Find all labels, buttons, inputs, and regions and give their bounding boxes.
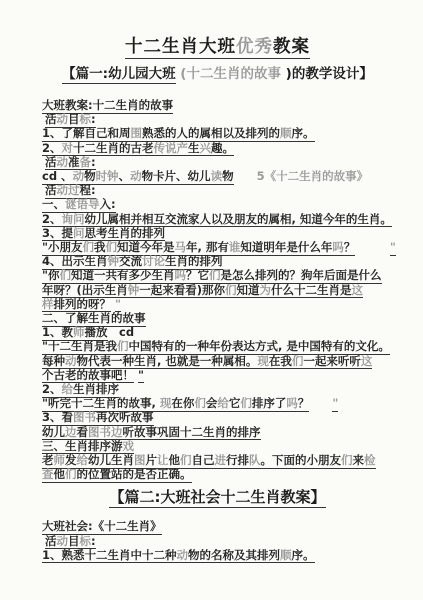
text-segment: (十二生肖的故事 [176,66,286,82]
text-segment: 吗 [175,268,187,284]
text-segment: 他 [169,453,181,469]
text-segment: 一、 [42,197,65,213]
text-segment: 动 [65,354,77,370]
text-segment: 2、 [42,141,62,157]
text-segment: 老 [42,453,54,469]
text-segment: 序。 [292,126,315,142]
text-segment: 马 [175,240,187,256]
text-segment: 思考生肖的排列 [85,226,166,242]
text-segment: 知道明年是什么年 [240,240,332,256]
text-segment: 时钟 [96,169,119,185]
text-segment: 4、出示生肖 [42,254,108,270]
text-segment: 看 [77,425,89,441]
text-segment: 排序了 [252,396,287,412]
text-segment: 动 [177,548,189,564]
text-segment: 大班社会:《十二生肖》 [42,519,162,535]
text-segment: 听故事巩固十二生肖的排序 [123,425,261,441]
doc-line: 2、对十二生肖的古老传说产生兴趣。 [42,141,393,155]
text-segment: 十二生肖的古老 [73,141,154,157]
text-segment: 这 [361,354,373,370]
text-segment: 的位置站的是否正确。 [77,467,192,483]
text-segment: 物的名称及其排列 [188,548,280,564]
text-segment: 入: [100,197,116,213]
text-segment: "你 [42,268,60,284]
section-1-heading: 【篇一:幼儿园大班 (十二生肖的故事 )的教学设计】 [42,64,393,85]
text-segment: 幼儿 [42,425,65,441]
doc-line: 1、了解自己和周围熟悉的人的属相以及排列的顺序。 [42,126,393,140]
text-segment: 标 [80,112,92,128]
text-segment: 中国特有的一种年份表达方式, 是中国特有的文化。 [129,339,390,355]
text-segment: 给 [77,453,89,469]
text-segment: 生 [188,141,200,157]
text-segment: 戏 [123,439,135,455]
doc-line: 二、了解生肖的故事 [42,311,393,325]
text-segment: 准 [68,155,80,171]
section-2-heading: 【篇二:大班社会十二生肖教案】 [42,487,393,507]
text-segment: 动 [73,169,85,185]
doc-line: 活动准备: [42,155,393,169]
text-segment: 动 [57,183,69,199]
text-segment: 检 [364,453,376,469]
text-segment: 程: [80,183,96,199]
doc-line: "十二生肖是我们中国特有的一种年份表达方式, 是中国特有的文化。 [42,339,393,353]
text-segment: 知道今年是 [117,240,175,256]
doc-line: 活动目标: [42,534,393,548]
text-segment: 活 [45,534,57,550]
text-segment [234,169,257,183]
text-segment: "听完十二生肖的故事, [42,396,160,412]
text-segment: 3、看 [42,410,73,426]
doc-line: 幼儿边看图书边听故事巩固十二生肖的排序 [42,425,393,439]
text-segment: 询问 [62,212,85,228]
text-segment: "小朋友 [42,240,83,256]
text-segment: 谜语导 [65,197,100,213]
text-segment: 对 [62,141,74,157]
text-segment: 二、了解生肖的故事 [42,311,146,327]
text-segment: 问 [73,226,85,242]
text-segment: 吗 [286,396,298,412]
doc-line: "小朋友们我们知道今年是马年, 那有谁知道明年是什么年吗？ " [42,240,393,254]
text-segment: 三、生肖排序游 [42,439,123,455]
text-segment: 一起来听听 [303,354,361,370]
doc-line: 3、看图书再次听故事 [42,410,393,424]
text-segment: 围 [131,126,143,142]
doc-line: 年呀？(出示生肖钟一起来看看)那你们知道为什么十二生肖是这 [42,283,393,297]
text-segment: 兴 [200,141,212,157]
doc-line: 活动目标: [42,112,393,126]
text-segment: 幼儿属相并相互交流家人以及朋友的属相, 知道今年的生肖。 [85,212,392,228]
text-segment: : [91,534,96,550]
text-segment: 谁 [229,240,241,256]
text-segment: 物卡片、幼儿 [142,169,211,185]
lesson-2-title: 大班社会:《十二生肖》 [42,519,393,533]
text-segment: 过 [68,183,80,199]
text-segment: 们 [240,396,252,412]
text-segment: 现 [257,354,269,370]
text-segment: 吗 [332,240,344,256]
text-segment: 们 [83,240,95,256]
text-segment: 物 [84,169,96,185]
text-segment: 生肖的排列 [165,254,223,270]
text-segment: 熟悉的人的属相以及排列的 [142,126,280,142]
doc-line: "你们知道一共有多少生肖吗？它们是怎么排列的？狗年后面是什么 [42,268,393,282]
doc-line: 1、熟悉十二生肖中十二种动物的名称及其排列顺序。 [42,548,393,562]
document-page: 十二生肖大班优秀教案【篇一:幼儿园大班 (十二生肖的故事 )的教学设计】大班教案… [0,0,423,600]
text-segment: 趣。 [211,141,234,157]
text-segment: 产 [177,141,189,157]
doc-line: 样排列的呀？ " [42,297,393,311]
text-segment: 再次听故事 [96,410,154,426]
text-segment: 动 [57,112,69,128]
text-segment: 图书 [73,410,96,426]
text-segment: 年, 那有 [186,240,229,256]
text-segment: 它 [229,396,241,412]
text-segment: 让 [157,453,169,469]
text-segment: 一起来看看)那你 [139,283,225,299]
text-segment: 3、提 [42,226,73,242]
text-segment: 目 [68,534,80,550]
text-segment: 活 [45,183,57,199]
text-segment: 动 [57,534,69,550]
text-segment: 知道一共有多少生肖 [71,268,175,284]
doc-line: 三、生肖排序游戏 [42,439,393,453]
text-segment: 物 [222,169,234,185]
text-segment: 、 [119,169,131,185]
lesson-1-title: 大班教案:十二生肖的故事 [42,98,393,112]
text-segment: 备 [80,155,92,171]
document-title: 十二生肖大班优秀教案 [42,36,393,59]
doc-line: 4、出示生肖钟交流讨论生肖的排列 [42,254,393,268]
text-segment: 交流 [119,254,142,270]
text-segment: 为 [260,283,272,299]
doc-line: "听完十二生肖的故事, 现在你们会给它们排序了吗？ " [42,396,393,410]
text-segment: 什么十二生肖是 [271,283,352,299]
text-segment: 序。 [292,548,315,564]
text-segment: 知道 [237,283,260,299]
text-segment: 读 [211,169,223,185]
text-segment: 十二生肖大班 [125,37,236,59]
document-lines: 十二生肖大班优秀教案【篇一:幼儿园大班 (十二生肖的故事 )的教学设计】大班教案… [0,0,423,562]
text-segment: 动 [130,169,142,185]
text-segment: 行排 [226,453,249,469]
doc-line: 2、询问幼儿属相并相互交流家人以及朋友的属相, 知道今年的生肖。 [42,212,393,226]
text-segment: 样 [42,297,54,313]
text-segment: 物代表一种生肖, 也就是一种属相。 [77,354,258,370]
text-segment: 大班教案:十二生肖的故事 [42,98,173,114]
text-segment: 们 [117,339,129,355]
text-segment: )的教学设计】 [286,66,373,82]
text-segment: 钟 [128,283,140,299]
text-segment: " [138,368,144,384]
text-segment: 进 [215,453,227,469]
text-segment: 们 [194,396,206,412]
text-segment: 1、熟悉十二生肖中十二种 [42,548,177,564]
text-segment: 讨论 [142,254,165,270]
doc-line: 个古老的故事吧！ " [42,368,393,382]
text-segment: ？它 [186,268,209,284]
text-segment: 年呀？(出示生肖 [42,283,128,299]
text-segment [309,396,332,410]
text-segment: " [115,297,121,313]
text-segment: 1、了解自己和周 [42,126,131,142]
text-segment: 顺 [280,548,292,564]
text-segment: 2、 [42,212,62,228]
text-segment: 幼儿生肖 [88,453,134,469]
text-segment: 优秀 [236,37,273,59]
text-segment: 图书 [88,425,111,441]
text-segment: 查 [42,467,54,483]
text-segment: 在你 [171,396,194,412]
text-segment: 5《十二生肖的故事》 [257,169,369,183]
text-segment: 会 [206,396,218,412]
text-segment: 师 [54,453,66,469]
text-segment: 每种 [42,354,65,370]
text-segment: 们 [65,467,77,483]
text-segment: 是怎么排列的？狗年后面是什么 [221,268,382,284]
text-segment: 们 [106,240,118,256]
text-segment: 活 [45,112,57,128]
text-segment: 顺 [280,126,292,142]
text-segment: 们 [225,283,237,299]
text-segment: 目 [68,112,80,128]
text-segment: 标 [80,534,92,550]
text-segment: "十二生肖是我 [42,339,117,355]
text-segment: ？ [298,396,310,412]
doc-line: 3、提问思考生肖的排列 [42,226,393,240]
text-segment [355,240,390,254]
text-segment: 们 [292,354,304,370]
doc-line: 1、教师播放 cd [42,325,393,339]
text-segment: 们 [341,453,353,469]
text-segment: 发 [65,453,77,469]
text-segment: 【篇一:幼儿园大班 [62,66,175,84]
text-segment: : [91,155,96,171]
text-segment: 。下面的小朋友 [261,453,342,469]
text-segment: : [91,112,96,128]
text-segment: 队 [249,453,261,469]
text-segment: 钟 [108,254,120,270]
text-segment: 活 [45,155,57,171]
text-segment: 现 [160,396,172,412]
text-segment: 这 [352,283,364,299]
text-segment: 图 [134,453,146,469]
text-segment: " [332,396,338,412]
text-segment: 片 [146,453,158,469]
text-segment: 边 [111,425,123,441]
text-segment: 们 [209,268,221,284]
text-segment: 个古老的故事吧！ [42,368,134,384]
text-segment: 师 [73,325,85,341]
doc-line: 每种动物代表一种生肖, 也就是一种属相。现在我们一起来听听这 [42,354,393,368]
text-segment: 【篇二:大班社会十二生肖教案】 [109,488,325,508]
text-segment: 给 [217,396,229,412]
text-segment: 们 [60,268,72,284]
text-segment: 边 [65,425,77,441]
text-segment: 1、教 [42,325,73,341]
text-segment: 给 [62,382,74,398]
text-segment: 传说 [154,141,177,157]
text-segment: 他 [54,467,66,483]
text-segment: 们 [180,453,192,469]
text-segment: 播放 [85,325,108,341]
doc-line: 查他们的位置站的是否正确。 [42,467,393,481]
doc-line: 2、给生肖排序 [42,382,393,396]
text-segment: 教案 [273,37,310,59]
doc-line: 老师发给幼儿生肖图片让他们自己进行排队。下面的小朋友们来检 [42,453,393,467]
text-segment: 自己 [192,453,215,469]
text-segment: " [390,240,396,256]
text-segment: 动 [57,155,69,171]
text-segment: 来 [353,453,365,469]
text-segment: 生肖排序 [73,382,119,398]
text-segment: 排列的呀？ [54,297,112,313]
doc-line: cd 、动物时钟、动物卡片、幼儿读物 5《十二生肖的故事》 [42,169,393,183]
doc-line: 一、谜语导入: [42,197,393,211]
text-segment: cd 、 [42,169,73,185]
doc-line: 活动过程: [42,183,393,197]
text-segment: 在我 [269,354,292,370]
text-segment: cd [108,325,135,339]
text-segment: 2、 [42,382,62,398]
text-segment: ？ [344,240,356,256]
text-segment: 我 [94,240,106,256]
